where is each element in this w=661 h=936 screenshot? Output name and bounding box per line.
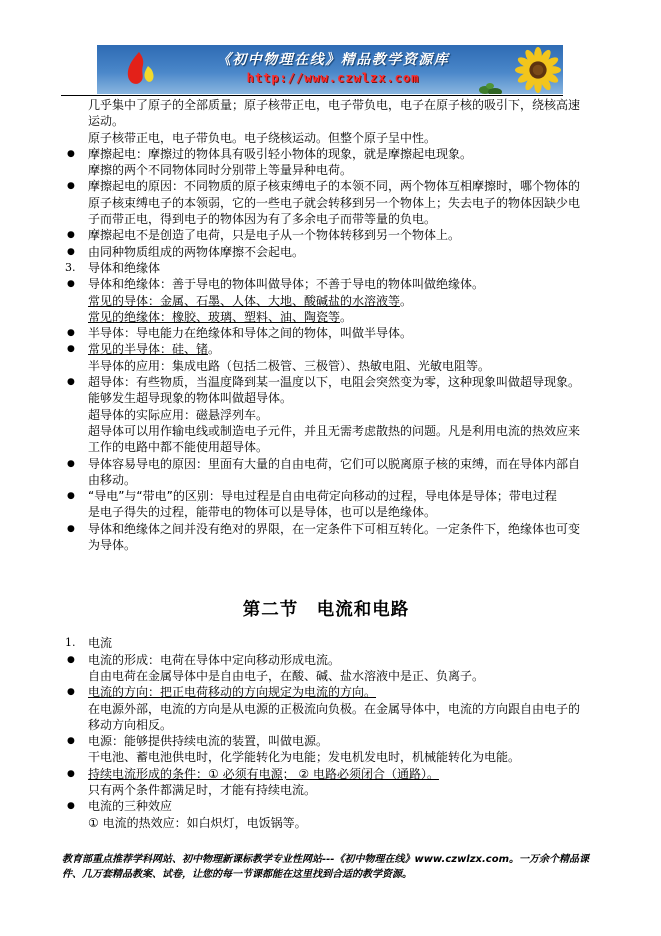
paragraph: ●由同种物质组成的两物体摩擦不会起电。 xyxy=(62,244,590,260)
bullet-marker: ● xyxy=(67,684,75,700)
text-line: 摩擦的两个不同物体同时分别带上等量异种电荷。 xyxy=(88,162,590,178)
paragraph: 3.导体和绝缘体 xyxy=(62,260,590,276)
paragraph: ●“导电”与“带电”的区别：导电过程是自由电荷定向移动的过程，导电体是导体；带电… xyxy=(62,488,590,521)
bullet-marker: ● xyxy=(67,488,75,504)
text-line: 常见的绝缘体：橡胶、玻璃、塑料、油、陶瓷等。 xyxy=(88,309,590,325)
text-line: 半导体：导电能力在绝缘体和导体之间的物体，叫做半导体。 xyxy=(88,325,590,341)
paragraph: ●导体和绝缘体之间并没有绝对的界限，在一定条件下可相互转化。一定条件下，绝缘体也… xyxy=(62,521,590,554)
bullet-marker: ● xyxy=(67,733,75,749)
header-divider xyxy=(61,95,563,96)
list-number: 1. xyxy=(65,635,76,651)
paragraph: ●常见的半导体：硅、锗。半导体的应用：集成电路（包括二极管、三极管）、热敏电阻、… xyxy=(62,341,590,374)
bullet-marker: ● xyxy=(67,521,75,537)
paragraph: 原子核带正电，电子带负电。电子绕核运动。但整个原子呈中性。 xyxy=(62,130,590,146)
text-line: 电流的三种效应 xyxy=(88,798,590,814)
footer-line: 教育部重点推荐学科网站、初中物理新课标教学专业性网站---《初中物理在线》www… xyxy=(62,853,602,868)
paragraph: ●导体容易导电的原因：里面有大量的自由电荷，它们可以脱离原子核的束缚，而在导体内… xyxy=(62,456,590,489)
footer-note: 教育部重点推荐学科网站、初中物理新课标教学专业性网站---《初中物理在线》www… xyxy=(62,853,602,882)
text-line: 是电子得失的过程，能带电的物体可以是导体，也可以是绝缘体。 xyxy=(88,504,590,520)
paragraph: ●摩擦起电：摩擦过的物体具有吸引轻小物体的现象，就是摩擦起电现象。摩擦的两个不同… xyxy=(62,146,590,179)
bullet-marker: ● xyxy=(67,178,75,194)
text-line: 超导体的实际应用：磁悬浮列车。 xyxy=(88,407,590,423)
paragraph: ●电流的方向：把正电荷移动的方向规定为电流的方向。在电源外部，电流的方向是从电源… xyxy=(62,684,590,733)
document-page: 《初中物理在线》精品教学资源库 http://www.czwlzx.com xyxy=(0,0,661,936)
bullet-marker: ● xyxy=(67,146,75,162)
text-line: 自由电荷在金属导体中是自由电子，在酸、碱、盐水溶液中是正、负离子。 xyxy=(88,668,590,684)
paragraph: ●持续电流形成的条件：① 必须有电源； ② 电路必须闭合（通路）。只有两个条件都… xyxy=(62,766,590,799)
text-line: 由同种物质组成的两物体摩擦不会起电。 xyxy=(88,244,590,260)
sunflower-icon xyxy=(515,47,561,93)
footer-line: 件、几万套精品教案、试卷，让您的每一节课都能在这里找到合适的教学资源。 xyxy=(62,868,602,883)
text-line: 导体和绝缘体 xyxy=(88,260,590,276)
plant-icon xyxy=(477,78,505,94)
text-line: 半导体的应用：集成电路（包括二极管、三极管）、热敏电阻、光敏电阻等。 xyxy=(88,358,590,374)
text-line: 电流 xyxy=(88,635,590,651)
text-line: 导体和绝缘体：善于导电的物体叫做导体；不善于导电的物体叫做绝缘体。 xyxy=(88,276,590,292)
document-body: 几乎集中了原子的全部质量；原子核带正电，电子带负电，电子在原子核的吸引下，绕核高… xyxy=(62,97,590,831)
text-line: 工作的电路中都不能使用超导体。 xyxy=(88,439,590,455)
text-line: 电流的形成：电荷在导体中定向移动形成电流。 xyxy=(88,652,590,668)
bullet-marker: ● xyxy=(67,456,75,472)
text-line: 持续电流形成的条件：① 必须有电源； ② 电路必须闭合（通路）。 xyxy=(88,766,590,782)
bullet-marker: ● xyxy=(67,798,75,814)
paragraph: ●摩擦起电的原因：不同物质的原子核束缚电子的本领不同，两个物体互相摩擦时，哪个物… xyxy=(62,178,590,227)
text-line: 为导体。 xyxy=(88,537,590,553)
bullet-marker: ● xyxy=(67,325,75,341)
paragraph: ●电流的三种效应① 电流的热效应：如白炽灯，电饭锅等。 xyxy=(62,798,590,831)
text-line: 只有两个条件都满足时，才能有持续电流。 xyxy=(88,782,590,798)
paragraph: 几乎集中了原子的全部质量；原子核带正电，电子带负电，电子在原子核的吸引下，绕核高… xyxy=(62,97,590,130)
text-line: 超导体可以用作输电线或制造电子元件，并且无需考虑散热的问题。凡是利用电流的热效应… xyxy=(88,423,590,439)
bullet-marker: ● xyxy=(67,227,75,243)
text-line: ① 电流的热效应：如白炽灯，电饭锅等。 xyxy=(88,815,590,831)
text-line: 电源：能够提供持续电流的装置，叫做电源。 xyxy=(88,733,590,749)
paragraph: ●电流的形成：电荷在导体中定向移动形成电流。自由电荷在金属导体中是自由电子，在酸… xyxy=(62,652,590,685)
text-line: 几乎集中了原子的全部质量；原子核带正电，电子带负电，电子在原子核的吸引下，绕核高… xyxy=(88,97,590,113)
text-line: 移动方向相反。 xyxy=(88,717,590,733)
bullet-marker: ● xyxy=(67,244,75,260)
paragraph: 1.电流 xyxy=(62,635,590,651)
text-line: 电流的方向：把正电荷移动的方向规定为电流的方向。 xyxy=(88,684,590,700)
text-line: 由移动。 xyxy=(88,472,590,488)
paragraph: ●半导体：导电能力在绝缘体和导体之间的物体，叫做半导体。 xyxy=(62,325,590,341)
text-line: 超导体：有些物质，当温度降到某一温度以下，电阻会突然变为零，这种现象叫做超导现象… xyxy=(88,374,590,390)
bullet-marker: ● xyxy=(67,652,75,668)
paragraph: ●摩擦起电不是创造了电荷，只是电子从一个物体转移到另一个物体上。 xyxy=(62,227,590,243)
text-line: 摩擦起电：摩擦过的物体具有吸引轻小物体的现象，就是摩擦起电现象。 xyxy=(88,146,590,162)
text-line: 导体和绝缘体之间并没有绝对的界限，在一定条件下可相互转化。一定条件下，绝缘体也可… xyxy=(88,521,590,537)
bullet-marker: ● xyxy=(67,276,75,292)
text-line: 常见的导体：金属、石墨、人体、大地、酸碱盐的水溶液等。 xyxy=(88,293,590,309)
bullet-marker: ● xyxy=(67,766,75,782)
paragraph: ●电源：能够提供持续电流的装置，叫做电源。干电池、蓄电池供电时，化学能转化为电能… xyxy=(62,733,590,766)
text-line: 能够发生超导现象的物体叫做超导体。 xyxy=(88,390,590,406)
text-line: 导体容易导电的原因：里面有大量的自由电荷，它们可以脱离原子核的束缚，而在导体内部… xyxy=(88,456,590,472)
section-heading: 第二节 电流和电路 xyxy=(62,597,590,623)
bullet-marker: ● xyxy=(67,341,75,357)
list-number: 3. xyxy=(65,260,76,276)
text-line: 原子核束缚电子的本领弱，它的一些电子就会转移到另一个物体上；失去电子的物体因缺少… xyxy=(88,195,590,211)
paragraph: ●导体和绝缘体：善于导电的物体叫做导体；不善于导电的物体叫做绝缘体。常见的导体：… xyxy=(62,276,590,325)
flame-logo-icon xyxy=(119,49,163,93)
text-line: “导电”与“带电”的区别：导电过程是自由电荷定向移动的过程，导电体是导体；带电过… xyxy=(88,488,590,504)
bullet-marker: ● xyxy=(67,374,75,390)
text-line: 摩擦起电的原因：不同物质的原子核束缚电子的本领不同，两个物体互相摩擦时，哪个物体… xyxy=(88,178,590,194)
text-line: 在电源外部，电流的方向是从电源的正极流向负极。在金属导体中，电流的方向跟自由电子… xyxy=(88,701,590,717)
paragraph: ●超导体：有些物质，当温度降到某一温度以下，电阻会突然变为零，这种现象叫做超导现… xyxy=(62,374,590,455)
banner-url-link[interactable]: http://www.czwlzx.com xyxy=(202,71,464,85)
text-line: 原子核带正电，电子带负电。电子绕核运动。但整个原子呈中性。 xyxy=(88,130,590,146)
text-line: 第二节 电流和电路 xyxy=(62,597,590,623)
text-line: 常见的半导体：硅、锗。 xyxy=(88,341,590,357)
text-line: 摩擦起电不是创造了电荷，只是电子从一个物体转移到另一个物体上。 xyxy=(88,227,590,243)
header-banner: 《初中物理在线》精品教学资源库 http://www.czwlzx.com xyxy=(97,45,563,94)
text-line: 干电池、蓄电池供电时，化学能转化为电能；发电机发电时，机械能转化为电能。 xyxy=(88,749,590,765)
text-line: 运动。 xyxy=(88,113,590,129)
banner-title: 《初中物理在线》精品教学资源库 xyxy=(175,49,491,69)
text-line: 子而带正电，得到电子的物体因为有了多余电子而带等量的负电。 xyxy=(88,211,590,227)
